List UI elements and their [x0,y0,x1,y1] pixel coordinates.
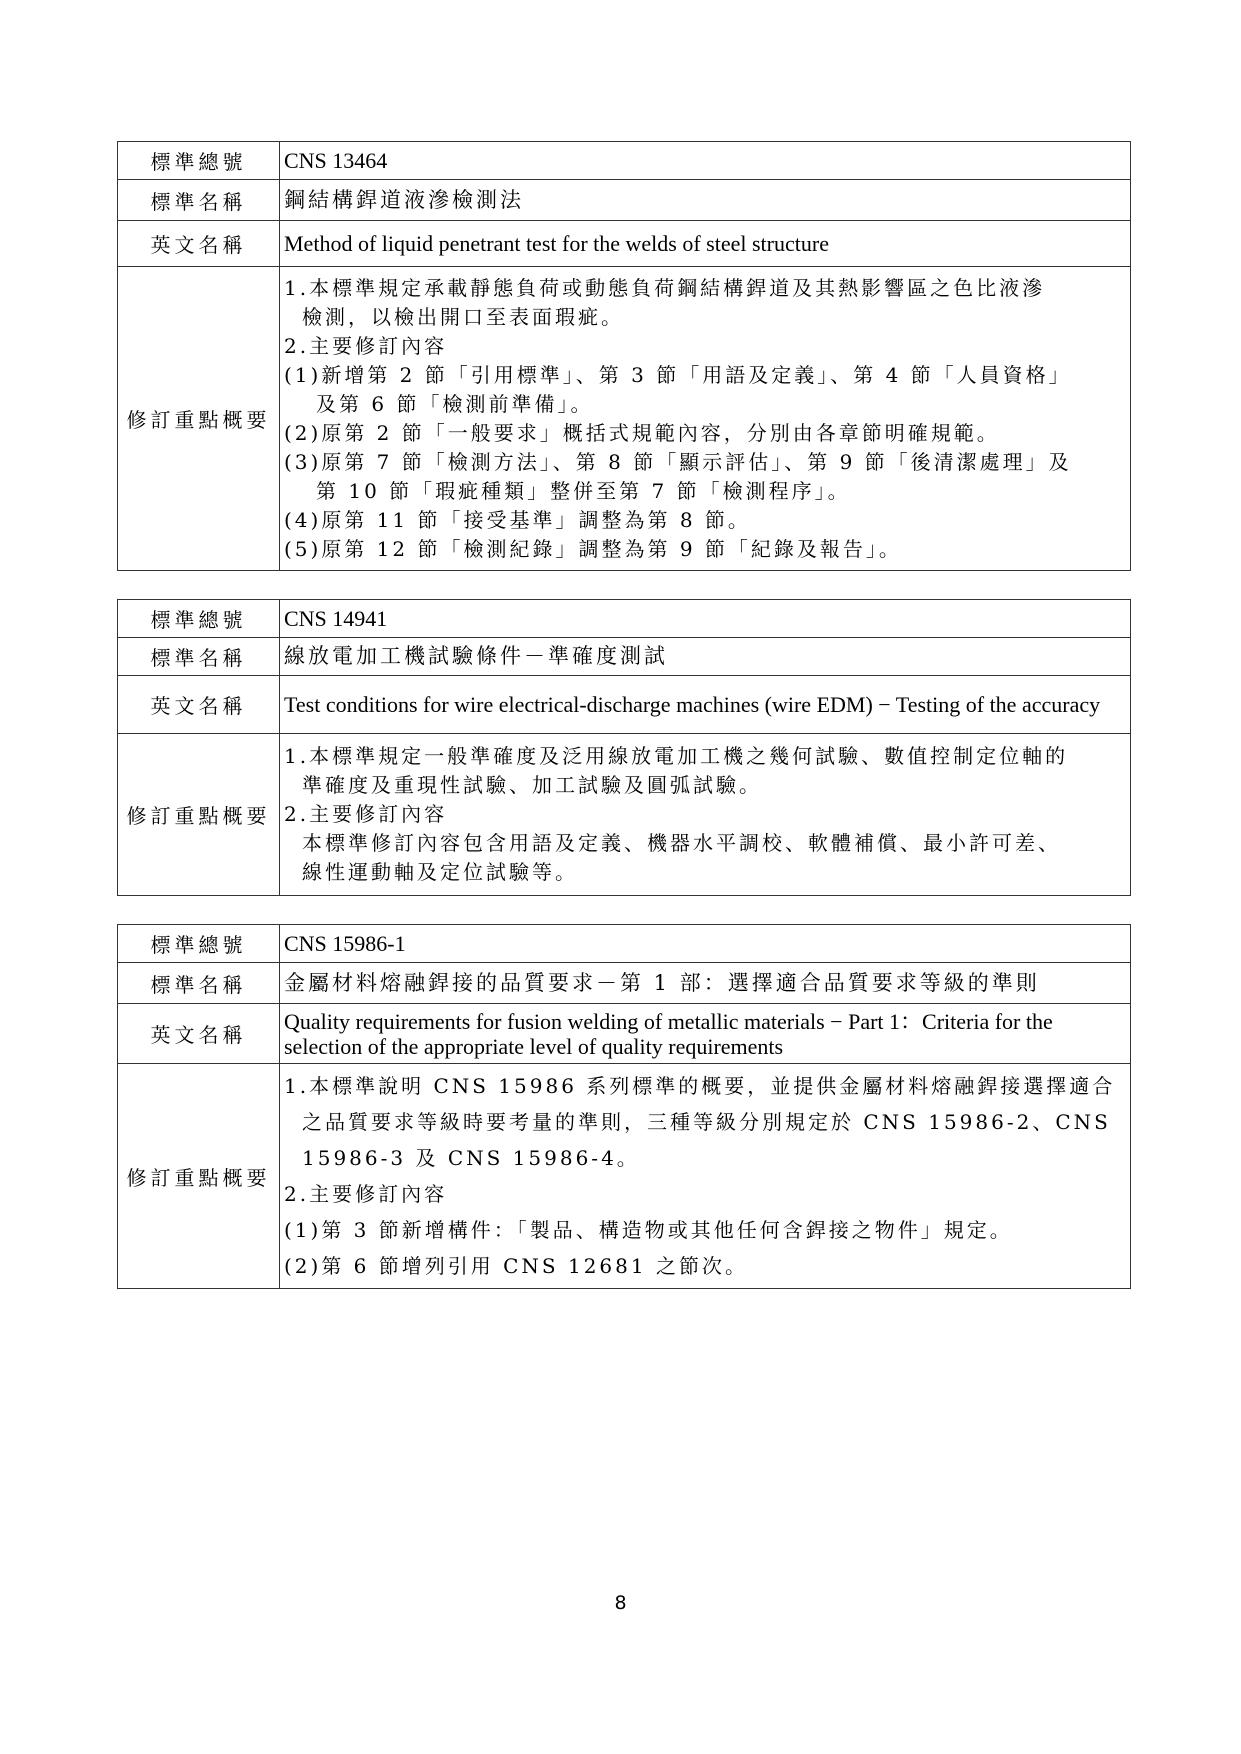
summary-line: (1)第 3 節新增構件：「製品、構造物或其他任何含銲接之物件」規定。 [284,1212,1126,1248]
summary-line: 2.主要修訂內容 [284,800,1126,829]
summary-line: 1.本標準規定承載靜態負荷或動態負荷鋼結構銲道及其熱影響區之色比液滲 [284,274,1126,303]
row-standard-name: 標準名稱 金屬材料熔融銲接的品質要求－第 1 部：選擇適合品質要求等級的準則 [118,963,1131,1004]
standard-table-cns-15986-1: 標準總號 CNS 15986-1 標準名稱 金屬材料熔融銲接的品質要求－第 1 … [117,924,1131,1289]
english-name-value: Method of liquid penetrant test for the … [280,221,1131,267]
summary-line: (2)原第 2 節「一般要求」概括式規範內容，分別由各章節明確規範。 [284,419,1126,448]
summary-line: 1.本標準說明 CNS 15986 系列標準的概要，並提供金屬材料熔融銲接選擇適… [284,1068,1126,1104]
label-standard-name: 標準名稱 [118,638,280,676]
summary-line: 1.本標準規定一般準確度及泛用線放電加工機之幾何試驗、數值控制定位軸的 [284,742,1126,771]
row-english-name: 英文名稱 Quality requirements for fusion wel… [118,1004,1131,1064]
row-english-name: 英文名稱 Test conditions for wire electrical… [118,676,1131,734]
label-standard-name: 標準名稱 [118,963,280,1004]
summary-line: 線性運動軸及定位試驗等。 [284,858,1126,887]
summary-line: 2.主要修訂內容 [284,332,1126,361]
page-number: 8 [0,1592,1241,1614]
row-standard-name: 標準名稱 鋼結構銲道液滲檢測法 [118,180,1131,221]
row-standard-number: 標準總號 CNS 13464 [118,142,1131,180]
row-revision-summary: 修訂重點概要 1.本標準說明 CNS 15986 系列標準的概要，並提供金屬材料… [118,1064,1131,1289]
standard-number-value: CNS 15986-1 [280,925,1131,963]
label-english-name: 英文名稱 [118,676,280,734]
revision-summary-value: 1.本標準規定承載靜態負荷或動態負荷鋼結構銲道及其熱影響區之色比液滲 檢測，以檢… [280,267,1131,571]
summary-line: (4)原第 11 節「接受基準」調整為第 8 節。 [284,506,1126,535]
summary-line: 15986-3 及 CNS 15986-4。 [284,1140,1126,1176]
label-english-name: 英文名稱 [118,1004,280,1064]
summary-line: 準確度及重現性試驗、加工試驗及圓弧試驗。 [284,771,1126,800]
label-english-name: 英文名稱 [118,221,280,267]
row-english-name: 英文名稱 Method of liquid penetrant test for… [118,221,1131,267]
summary-line: 之品質要求等級時要考量的準則，三種等級分別規定於 CNS 15986-2、CNS [284,1104,1126,1140]
row-standard-number: 標準總號 CNS 15986-1 [118,925,1131,963]
row-standard-number: 標準總號 CNS 14941 [118,600,1131,638]
english-name-value: Quality requirements for fusion welding … [280,1004,1131,1064]
summary-line: (3)原第 7 節「檢測方法」、第 8 節「顯示評估」、第 9 節「後清潔處理」… [284,448,1126,477]
summary-line: 檢測，以檢出開口至表面瑕疵。 [284,303,1126,332]
standard-name-value: 線放電加工機試驗條件－準確度測試 [280,638,1131,676]
standard-table-cns-13464: 標準總號 CNS 13464 標準名稱 鋼結構銲道液滲檢測法 英文名稱 Meth… [117,141,1131,571]
standard-name-value: 鋼結構銲道液滲檢測法 [280,180,1131,221]
summary-line: (5)原第 12 節「檢測紀錄」調整為第 9 節「紀錄及報告」。 [284,535,1126,564]
summary-line: 2.主要修訂內容 [284,1176,1126,1212]
summary-line: (2)第 6 節增列引用 CNS 12681 之節次。 [284,1248,1126,1284]
row-revision-summary: 修訂重點概要 1.本標準規定承載靜態負荷或動態負荷鋼結構銲道及其熱影響區之色比液… [118,267,1131,571]
revision-summary-value: 1.本標準說明 CNS 15986 系列標準的概要，並提供金屬材料熔融銲接選擇適… [280,1064,1131,1289]
label-standard-name: 標準名稱 [118,180,280,221]
label-revision-summary: 修訂重點概要 [118,267,280,571]
summary-line: 第 10 節「瑕疵種類」整併至第 7 節「檢測程序」。 [284,477,1126,506]
label-revision-summary: 修訂重點概要 [118,734,280,896]
row-standard-name: 標準名稱 線放電加工機試驗條件－準確度測試 [118,638,1131,676]
standard-name-value: 金屬材料熔融銲接的品質要求－第 1 部：選擇適合品質要求等級的準則 [280,963,1131,1004]
label-revision-summary: 修訂重點概要 [118,1064,280,1289]
label-standard-number: 標準總號 [118,142,280,180]
standard-number-value: CNS 14941 [280,600,1131,638]
label-standard-number: 標準總號 [118,600,280,638]
revision-summary-value: 1.本標準規定一般準確度及泛用線放電加工機之幾何試驗、數值控制定位軸的 準確度及… [280,734,1131,896]
summary-line: (1)新增第 2 節「引用標準」、第 3 節「用語及定義」、第 4 節「人員資格… [284,361,1126,390]
summary-line: 及第 6 節「檢測前準備」。 [284,390,1126,419]
row-revision-summary: 修訂重點概要 1.本標準規定一般準確度及泛用線放電加工機之幾何試驗、數值控制定位… [118,734,1131,896]
standard-number-value: CNS 13464 [280,142,1131,180]
standard-table-cns-14941: 標準總號 CNS 14941 標準名稱 線放電加工機試驗條件－準確度測試 英文名… [117,599,1131,896]
summary-line: 本標準修訂內容包含用語及定義、機器水平調校、軟體補償、最小許可差、 [284,829,1126,858]
label-standard-number: 標準總號 [118,925,280,963]
english-name-value: Test conditions for wire electrical-disc… [280,676,1131,734]
